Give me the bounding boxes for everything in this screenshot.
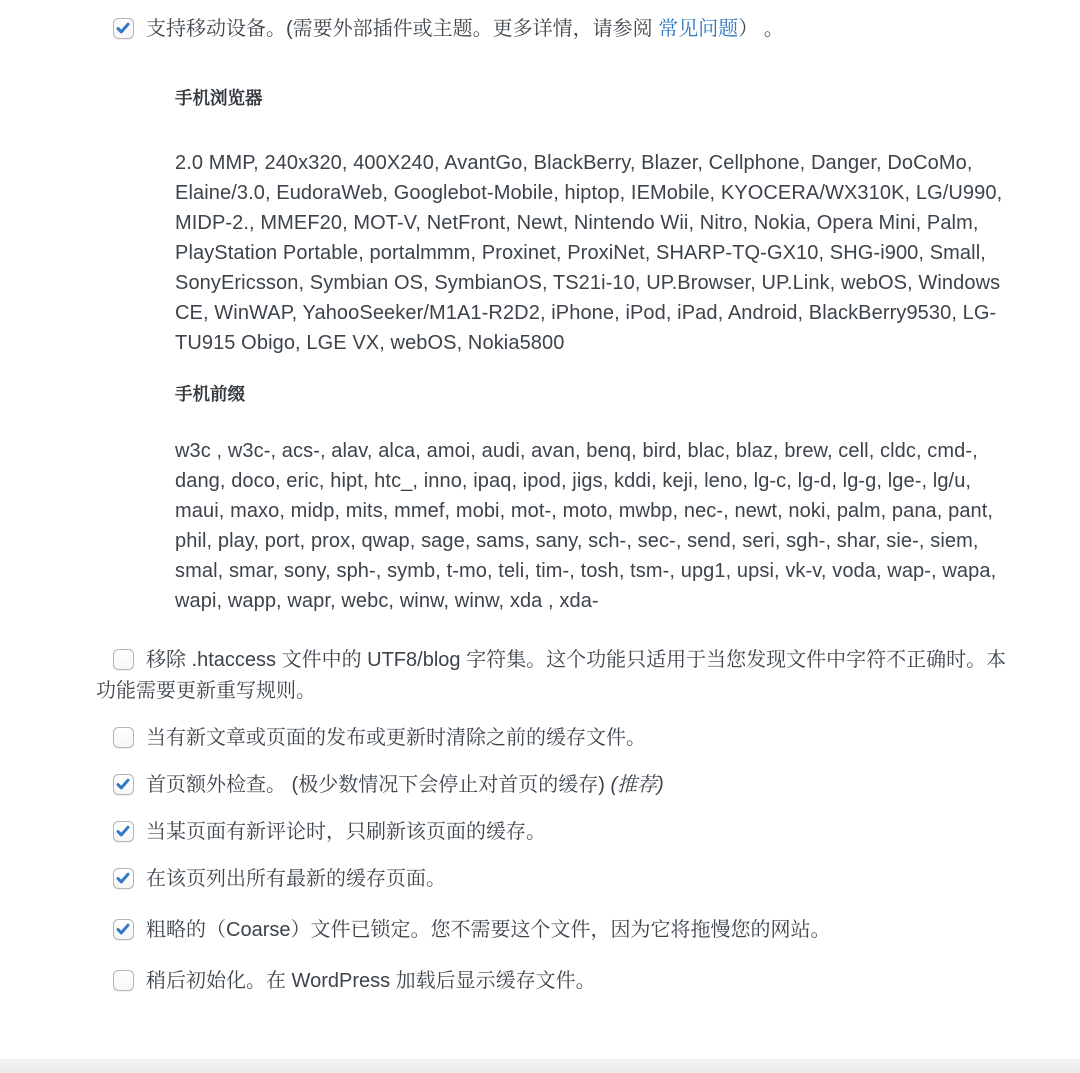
recommended-note: (推荐) [610, 774, 663, 796]
mobile-browsers-heading: 手机浏览器 [175, 87, 1005, 109]
option-row-extra-homepage-checks[interactable]: 首页额外检查。 (极少数情况下会停止对首页的缓存) (推荐) [96, 770, 1024, 801]
option-label: 移除 .htaccess 文件中的 UTF8/blog 字符集。这个功能只适用于… [96, 649, 1006, 702]
option-label: 当某页面有新评论时，只刷新该页面的缓存。 [146, 821, 546, 843]
option-row-refresh-page-on-comment[interactable]: 当某页面有新评论时，只刷新该页面的缓存。 [96, 817, 1024, 848]
checkmark-icon [115, 776, 131, 792]
refresh-page-on-comment-checkbox[interactable] [113, 821, 134, 842]
option-row-remove-utf8-charset[interactable]: 移除 .htaccess 文件中的 UTF8/blog 字符集。这个功能只适用于… [96, 645, 1024, 707]
mobile-info-section: 手机浏览器 2.0 MMP, 240x320, 400X240, AvantGo… [175, 87, 1005, 616]
remove-utf8-charset-checkbox[interactable] [113, 649, 134, 670]
faq-link[interactable]: 常见问题 [658, 18, 738, 40]
checkmark-icon [115, 921, 131, 937]
mobile-support-checkbox[interactable] [113, 18, 134, 39]
checkmark-icon [115, 870, 131, 886]
coarse-file-locking-checkbox[interactable] [113, 919, 134, 940]
late-init-checkbox[interactable] [113, 970, 134, 991]
cache-options-list: 移除 .htaccess 文件中的 UTF8/blog 字符集。这个功能只适用于… [96, 645, 1024, 997]
extra-homepage-checks-checkbox[interactable] [113, 774, 134, 795]
mobile-prefixes-heading: 手机前缀 [175, 383, 1005, 405]
option-row-list-newest-cached-pages[interactable]: 在该页列出所有最新的缓存页面。 [96, 864, 1024, 895]
option-label: 当有新文章或页面的发布或更新时清除之前的缓存文件。 [146, 727, 646, 749]
list-newest-cached-pages-checkbox[interactable] [113, 868, 134, 889]
mobile-prefixes-list: w3c , w3c-, acs-, alav, alca, amoi, audi… [175, 436, 1005, 616]
checkmark-icon [115, 20, 131, 36]
option-label: 粗略的（Coarse）文件已锁定。您不需要这个文件，因为它将拖慢您的网站。 [146, 919, 830, 941]
option-row-clear-cache-on-publish[interactable]: 当有新文章或页面的发布或更新时清除之前的缓存文件。 [96, 723, 1024, 754]
option-row-coarse-file-locking[interactable]: 粗略的（Coarse）文件已锁定。您不需要这个文件，因为它将拖慢您的网站。 [96, 915, 1024, 946]
mobile-browsers-list: 2.0 MMP, 240x320, 400X240, AvantGo, Blac… [175, 148, 1005, 358]
clear-cache-on-publish-checkbox[interactable] [113, 727, 134, 748]
option-row-late-init[interactable]: 稍后初始化。在 WordPress 加载后显示缓存文件。 [96, 966, 1024, 997]
content-bottom-edge [0, 1059, 1080, 1073]
settings-content: 支持移动设备。(需要外部插件或主题。更多详情，请参阅 常见问题） 。 手机浏览器… [0, 0, 1080, 997]
option-label: 首页额外检查。 (极少数情况下会停止对首页的缓存) [146, 774, 610, 796]
option-label: 在该页列出所有最新的缓存页面。 [146, 868, 446, 890]
mobile-support-label: 支持移动设备。(需要外部插件或主题。更多详情，请参阅 [146, 18, 658, 40]
option-label: 稍后初始化。在 WordPress 加载后显示缓存文件。 [146, 970, 596, 992]
settings-page: 支持移动设备。(需要外部插件或主题。更多详情，请参阅 常见问题） 。 手机浏览器… [0, 0, 1080, 1073]
checkmark-icon [115, 823, 131, 839]
option-row-mobile-support[interactable]: 支持移动设备。(需要外部插件或主题。更多详情，请参阅 常见问题） 。 [96, 14, 1024, 45]
mobile-support-label-suffix: ） 。 [738, 18, 784, 40]
